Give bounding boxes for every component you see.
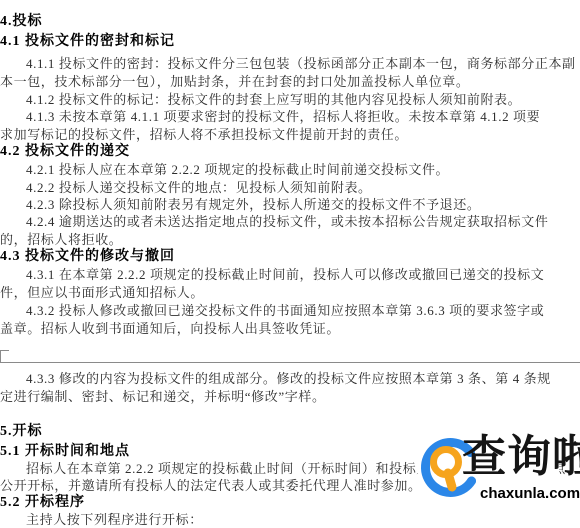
- doc-line: 4.1 投标文件的密封和标记: [0, 34, 580, 50]
- doc-line: 4.1.2 投标文件的标记：投标文件的封套上应写明的其他内容见投标人须知前附表。: [0, 92, 580, 108]
- doc-line: 4.2.4 逾期送达的或者未送达指定地点的投标文件，或未按本招标公告规定获取招标…: [0, 214, 580, 230]
- doc-line: 4.1.3 未按本章第 4.1.1 项要求密封的投标文件，招标人将拒收。未按本章…: [0, 109, 580, 125]
- watermark-brand-text: 查询啦: [462, 432, 580, 482]
- doc-line: 4.3.3 修改的内容为投标文件的组成部分。修改的投标文件应按照本章第 3 条、…: [0, 371, 580, 387]
- doc-line: 4.1.1 投标文件的密封：投标文件分三包包装（投标函部分正本副本一包，商务标部…: [0, 56, 580, 72]
- doc-line: 4.2.3 除投标人须知前附表另有规定外，投标人所递交的投标文件不予退还。: [0, 197, 580, 213]
- doc-line: 4.2 投标文件的递交: [0, 144, 580, 160]
- watermark: 查询啦 chaxunla.com: [418, 430, 580, 518]
- doc-line: 4.2.1 投标人应在本章第 2.2.2 项规定的投标截止时间前递交投标文件。: [0, 162, 580, 178]
- doc-line: 本一包，技术标部分一包），加贴封条，并在封套的封口处加盖投标人单位章。: [0, 74, 580, 90]
- doc-line: 4.3.2 投标人修改或撤回已递交投标文件的书面通知应按照本章第 3.6.3 项…: [0, 303, 580, 319]
- doc-line: 盖章。招标人收到书面通知后，向投标人出具签收凭证。: [0, 321, 580, 337]
- doc-line: 4.3 投标文件的修改与撤回: [0, 249, 580, 265]
- doc-line: 4.2.2 投标人递交投标文件的地点：见投标人须知前附表。: [0, 180, 580, 196]
- doc-line: 的，招标人将拒收。: [0, 232, 580, 248]
- watermark-domain-text: chaxunla.com: [480, 485, 580, 502]
- doc-line: 定进行编制、密封、标记和递交，并标明“修改”字样。: [0, 389, 580, 405]
- doc-line: 件，但应以书面形式通知招标人。: [0, 285, 580, 301]
- doc-line: 4.3.1 在本章第 2.2.2 项规定的投标截止时间前，投标人可以修改或撤回已…: [0, 267, 580, 283]
- page-break-divider: [0, 362, 580, 363]
- doc-line: 4.投标: [0, 14, 580, 30]
- doc-line: 求加写标记的投标文件，招标人将不承担投标文件提前开封的责任。: [0, 127, 580, 143]
- page-break-bracket: [0, 350, 9, 351]
